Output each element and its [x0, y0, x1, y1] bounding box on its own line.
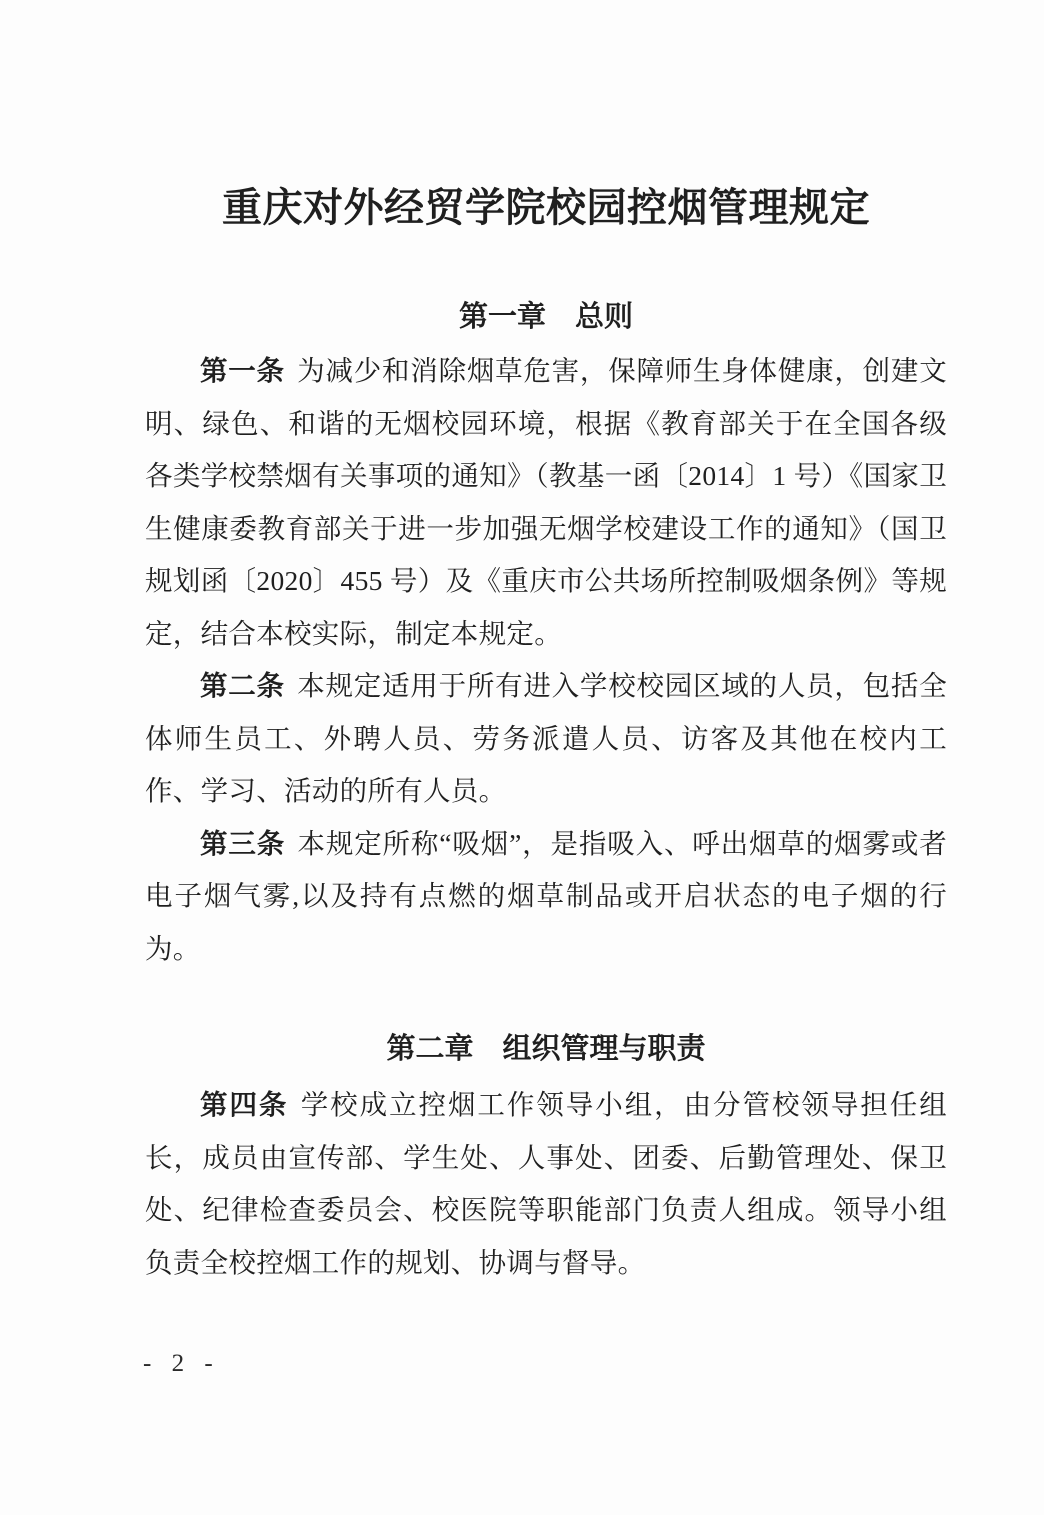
article-3-paragraph: 第三条本规定所称“吸烟”，是指吸入、呼出烟草的烟雾或者电子烟气雾,以及持有点燃的…: [145, 818, 947, 976]
article-2-paragraph: 第二条本规定适用于所有进入学校校园区域的人员，包括全体师生员工、外聘人员、劳务派…: [145, 660, 947, 818]
article-2-label: 第二条: [200, 670, 285, 702]
chapter-2-heading: 第二章 组织管理与职责: [145, 1029, 947, 1067]
document-content: 重庆对外经贸学院校园控烟管理规定 第一章 总则 第一条为减少和消除烟草危害，保障…: [145, 183, 947, 1289]
document-page: 重庆对外经贸学院校园控烟管理规定 第一章 总则 第一条为减少和消除烟草危害，保障…: [0, 0, 1044, 1515]
document-title: 重庆对外经贸学院校园控烟管理规定: [145, 183, 947, 233]
article-1-label: 第一条: [200, 355, 285, 387]
article-4-label: 第四条: [200, 1089, 288, 1121]
page-number: - 2 -: [143, 1350, 220, 1378]
article-4-paragraph: 第四条学校成立控烟工作领导小组，由分管校领导担任组长，成员由宣传部、学生处、人事…: [145, 1079, 947, 1289]
article-3-label: 第三条: [200, 828, 285, 860]
article-1-text: 为减少和消除烟草危害，保障师生身体健康，创建文明、绿色、和谐的无烟校园环境，根据…: [145, 355, 947, 649]
article-1-paragraph: 第一条为减少和消除烟草危害，保障师生身体健康，创建文明、绿色、和谐的无烟校园环境…: [145, 345, 947, 660]
chapter-1-heading: 第一章 总则: [145, 297, 947, 335]
